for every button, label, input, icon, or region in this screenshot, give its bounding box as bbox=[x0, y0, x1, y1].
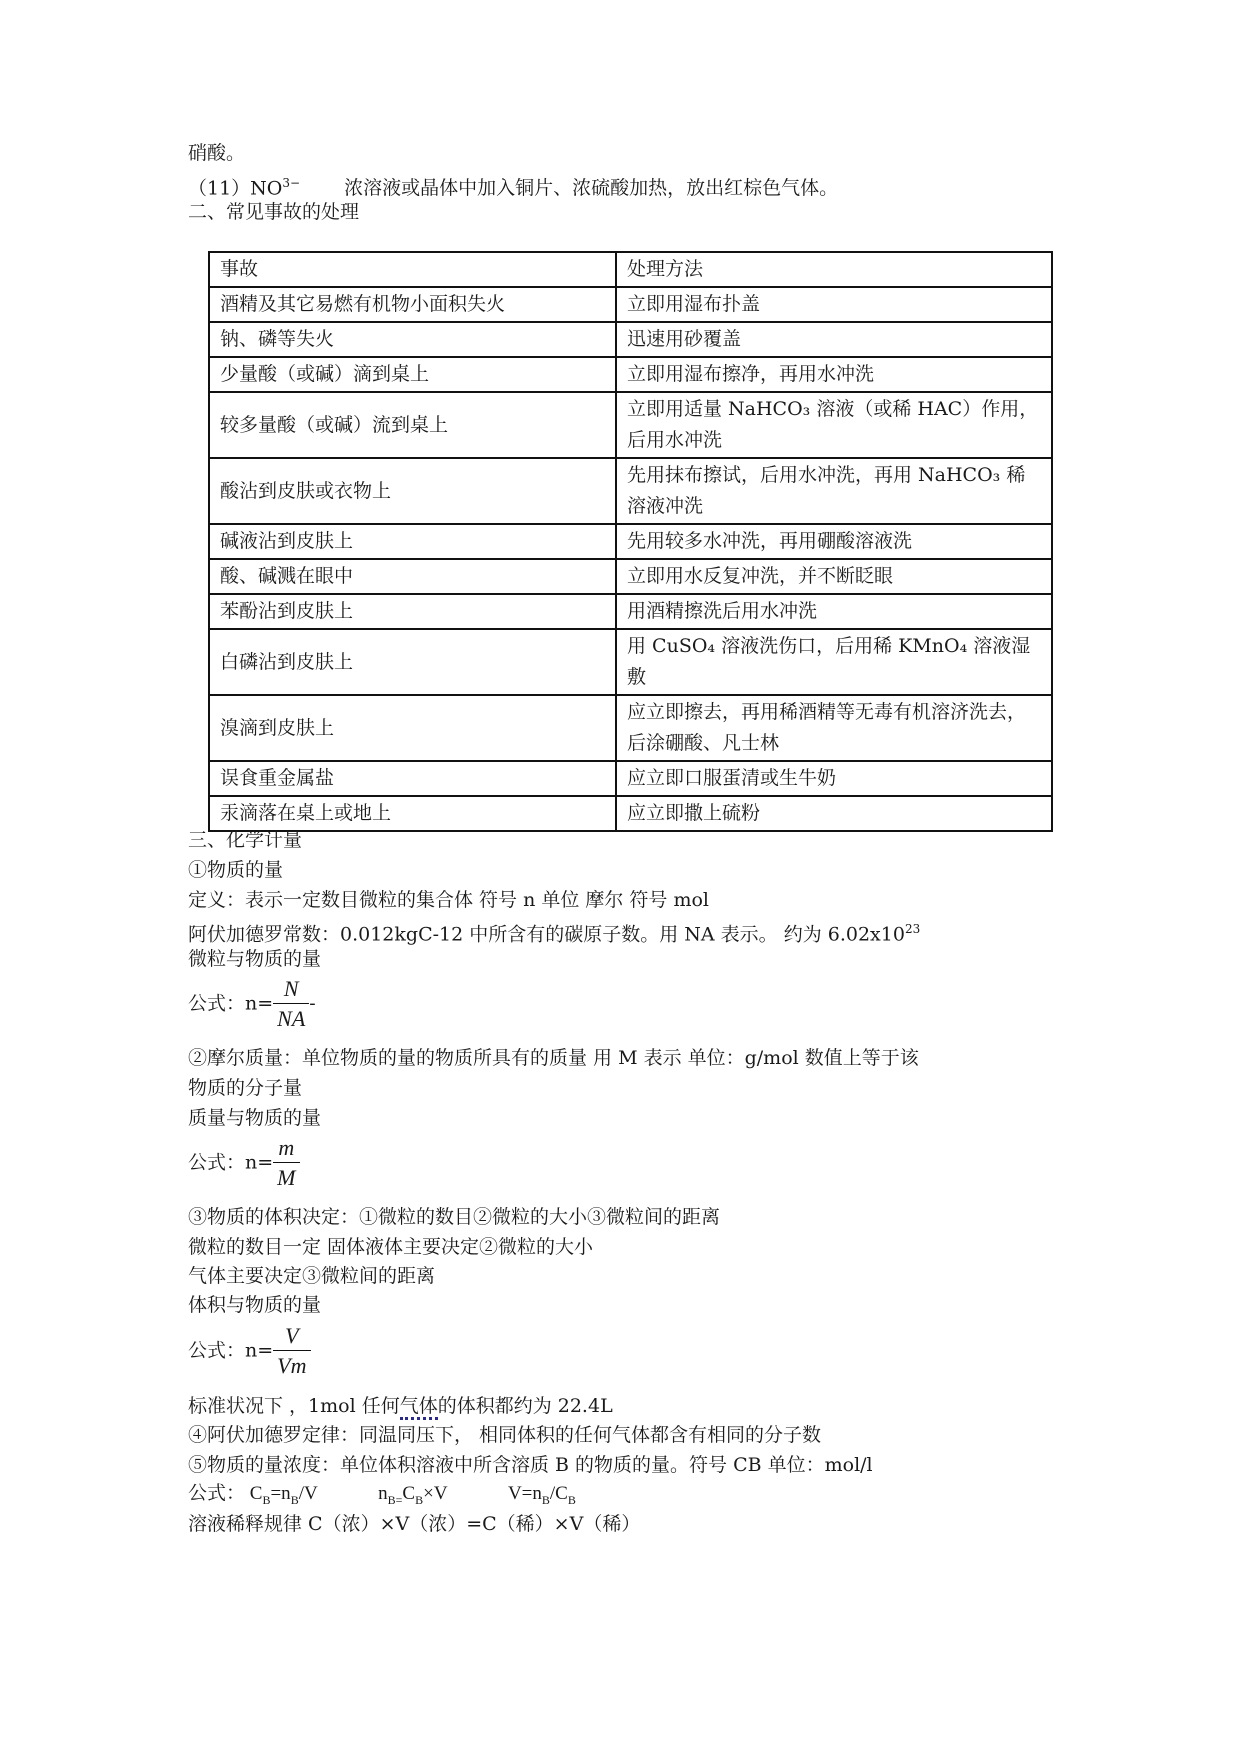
table-row: 酒精及其它易燃有机物小面积失火立即用湿布扑盖 bbox=[209, 287, 1052, 322]
formula-n-m-M: 公式：n=mM bbox=[188, 1134, 300, 1193]
accident-cell: 酸沾到皮肤或衣物上 bbox=[209, 458, 616, 524]
accident-cell: 少量酸（或碱）滴到桌上 bbox=[209, 357, 616, 392]
numerator: m bbox=[273, 1134, 299, 1162]
denominator: Vm bbox=[273, 1350, 310, 1381]
method-cell: 先用较多水冲洗，再用硼酸溶液洗 bbox=[616, 524, 1052, 559]
method-cell: 用酒精擦洗后用水冲洗 bbox=[616, 594, 1052, 629]
formula-label: 公式： bbox=[188, 1483, 245, 1504]
header-accident: 事故 bbox=[209, 252, 616, 287]
text-line: ②摩尔质量：单位物质的量的物质所具有的质量 用 M 表示 单位：g/mol 数值… bbox=[188, 1046, 919, 1070]
table-row: 碱液沾到皮肤上先用较多水冲洗，再用硼酸溶液洗 bbox=[209, 524, 1052, 559]
text-line: ③物质的体积决定：①微粒的数目②微粒的大小③微粒间的距离 bbox=[188, 1205, 720, 1229]
avogadro-text: 阿伏加德罗常数：0.012kgC-12 中所含有的碳原子数。用 NA 表示。 约… bbox=[188, 923, 905, 945]
accident-cell: 酸、碱溅在眼中 bbox=[209, 559, 616, 594]
text-line: 气体主要决定③微粒间的距离 bbox=[188, 1264, 435, 1288]
accident-cell: 钠、磷等失火 bbox=[209, 322, 616, 357]
subsection-title: ①物质的量 bbox=[188, 858, 283, 882]
table-row: 溴滴到皮肤上应立即擦去，再用稀酒精等无毒有机溶济洗去，后涂硼酸、凡士林 bbox=[209, 695, 1052, 761]
table-row: 钠、磷等失火迅速用砂覆盖 bbox=[209, 322, 1052, 357]
accident-table: 事故 处理方法 酒精及其它易燃有机物小面积失火立即用湿布扑盖钠、磷等失火迅速用砂… bbox=[208, 251, 1053, 832]
text-line: 微粒的数目一定 固体液体主要决定②微粒的大小 bbox=[188, 1235, 593, 1259]
nitrate-test-text: 浓溶液或晶体中加入铜片、浓硫酸加热，放出红棕色气体。 bbox=[344, 177, 838, 199]
accident-cell: 误食重金属盐 bbox=[209, 761, 616, 796]
numerator: V bbox=[273, 1322, 310, 1350]
text-line: ④阿伏加德罗定律：同温同压下， 相同体积的任何气体都含有相同的分子数 bbox=[188, 1423, 821, 1447]
text-line: 微粒与物质的量 bbox=[188, 947, 321, 971]
table-row: 酸沾到皮肤或衣物上先用抹布擦试，后用水冲洗，再用 NaHCO₃ 稀溶液冲洗 bbox=[209, 458, 1052, 524]
formula-n-V-Vm: 公式：n=VVm bbox=[188, 1322, 311, 1381]
denominator: M bbox=[273, 1162, 299, 1193]
nitrate-label: （11）NO bbox=[188, 177, 282, 199]
method-cell: 立即用适量 NaHCO₃ 溶液（或稀 HAC）作用，后用水冲洗 bbox=[616, 392, 1052, 458]
definition-line: 定义：表示一定数目微粒的集合体 符号 n 单位 摩尔 符号 mol bbox=[188, 888, 709, 912]
formula-nb: nB=CB×V bbox=[378, 1483, 447, 1504]
table-row: 汞滴落在桌上或地上应立即撒上硫粉 bbox=[209, 796, 1052, 831]
formula-label: 公式：n= bbox=[188, 1152, 273, 1174]
method-cell: 迅速用砂覆盖 bbox=[616, 322, 1052, 357]
table-row: 白磷沾到皮肤上用 CuSO₄ 溶液洗伤口，后用稀 KMnO₄ 溶液湿敷 bbox=[209, 629, 1052, 695]
accident-cell: 汞滴落在桌上或地上 bbox=[209, 796, 616, 831]
section-title: 二、常见事故的处理 bbox=[188, 200, 359, 224]
section-title: 三、化学计量 bbox=[188, 828, 302, 852]
method-cell: 用 CuSO₄ 溶液洗伤口，后用稀 KMnO₄ 溶液湿敷 bbox=[616, 629, 1052, 695]
text-line: 硝酸。 bbox=[188, 141, 245, 165]
spellcheck-underlined-word: 气体 bbox=[400, 1395, 438, 1420]
text-line: 质量与物质的量 bbox=[188, 1106, 321, 1130]
accident-cell: 较多量酸（或碱）流到桌上 bbox=[209, 392, 616, 458]
avogadro-exponent: 23 bbox=[905, 922, 920, 936]
avogadro-line: 阿伏加德罗常数：0.012kgC-12 中所含有的碳原子数。用 NA 表示。 约… bbox=[188, 917, 920, 946]
nitrate-test-line: （11）NO3− 浓溶液或晶体中加入铜片、浓硫酸加热，放出红棕色气体。 bbox=[188, 171, 838, 200]
formula-label: 公式：n= bbox=[188, 1340, 273, 1362]
method-cell: 立即用水反复冲洗，并不断眨眼 bbox=[616, 559, 1052, 594]
text-line: ⑤物质的量浓度：单位体积溶液中所含溶质 B 的物质的量。符号 CB 单位：mol… bbox=[188, 1453, 873, 1477]
table-header-row: 事故 处理方法 bbox=[209, 252, 1052, 287]
accident-cell: 酒精及其它易燃有机物小面积失火 bbox=[209, 287, 616, 322]
numerator: N bbox=[273, 975, 309, 1003]
method-cell: 应立即口服蛋清或生牛奶 bbox=[616, 761, 1052, 796]
accident-cell: 白磷沾到皮肤上 bbox=[209, 629, 616, 695]
text: 标准状况下 ，1mol 任何 bbox=[188, 1395, 400, 1417]
table-row: 酸、碱溅在眼中立即用水反复冲洗，并不断眨眼 bbox=[209, 559, 1052, 594]
stp-line: 标准状况下 ，1mol 任何气体的体积都约为 22.4L bbox=[188, 1394, 613, 1418]
formula-n-N-NA: 公式：n=NNA- bbox=[188, 975, 316, 1034]
method-cell: 应立即撒上硫粉 bbox=[616, 796, 1052, 831]
fraction: NNA bbox=[273, 975, 309, 1034]
fraction: VVm bbox=[273, 1322, 310, 1381]
table-row: 少量酸（或碱）滴到桌上立即用湿布擦净，再用水冲洗 bbox=[209, 357, 1052, 392]
table-row: 较多量酸（或碱）流到桌上立即用适量 NaHCO₃ 溶液（或稀 HAC）作用，后用… bbox=[209, 392, 1052, 458]
table-row: 误食重金属盐应立即口服蛋清或生牛奶 bbox=[209, 761, 1052, 796]
text-line: 物质的分子量 bbox=[188, 1076, 302, 1100]
accident-cell: 苯酚沾到皮肤上 bbox=[209, 594, 616, 629]
formula-v: V=nB/CB bbox=[508, 1483, 576, 1504]
fraction: mM bbox=[273, 1134, 299, 1193]
method-cell: 先用抹布擦试，后用水冲洗，再用 NaHCO₃ 稀溶液冲洗 bbox=[616, 458, 1052, 524]
formula-tail: - bbox=[309, 993, 315, 1015]
accident-cell: 溴滴到皮肤上 bbox=[209, 695, 616, 761]
concentration-formulas: 公式： CB=nB/V nB=CB×V V=nB/CB bbox=[188, 1482, 576, 1512]
nitrate-charge: 3− bbox=[282, 176, 300, 190]
accident-cell: 碱液沾到皮肤上 bbox=[209, 524, 616, 559]
formula-cb: CB=nB/V bbox=[250, 1483, 318, 1504]
text: 的体积都约为 22.4L bbox=[438, 1395, 613, 1417]
denominator: NA bbox=[273, 1003, 309, 1034]
method-cell: 应立即擦去，再用稀酒精等无毒有机溶济洗去，后涂硼酸、凡士林 bbox=[616, 695, 1052, 761]
method-cell: 立即用湿布扑盖 bbox=[616, 287, 1052, 322]
text-line: 溶液稀释规律 C（浓）×V（浓）=C（稀）×V（稀） bbox=[188, 1512, 640, 1536]
method-cell: 立即用湿布擦净，再用水冲洗 bbox=[616, 357, 1052, 392]
text-line: 体积与物质的量 bbox=[188, 1293, 321, 1317]
formula-label: 公式：n= bbox=[188, 993, 273, 1015]
header-method: 处理方法 bbox=[616, 252, 1052, 287]
table-row: 苯酚沾到皮肤上用酒精擦洗后用水冲洗 bbox=[209, 594, 1052, 629]
